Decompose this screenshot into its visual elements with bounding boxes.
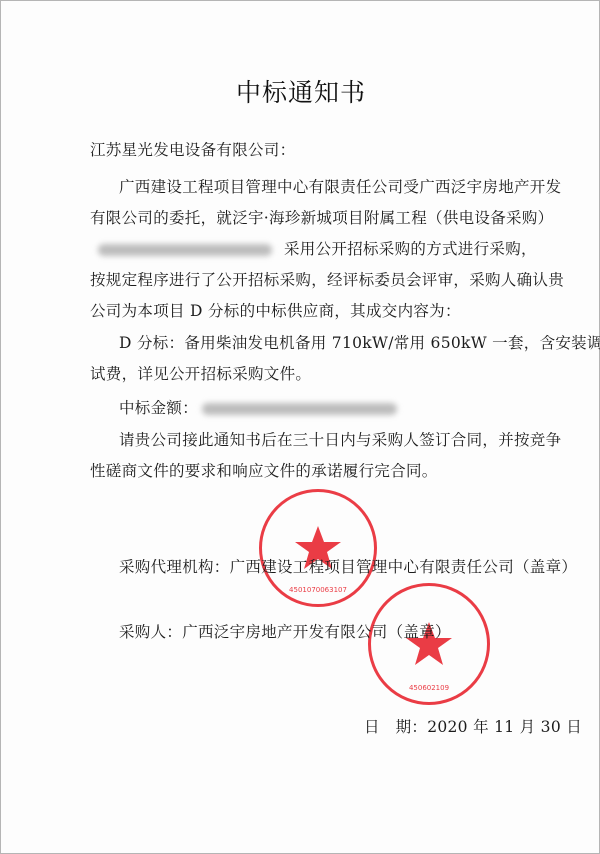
paragraph2-line2: 试费，详见公开招标采购文件。 bbox=[90, 362, 311, 384]
bid-amount-label: 中标金额： bbox=[119, 399, 198, 417]
paragraph1-line3: 采用公开招标采购的方式进行采购， bbox=[90, 237, 537, 259]
redacted-project-number bbox=[98, 244, 272, 256]
paragraph1-line2: 有限公司的委托，就泛宇·海珍新城项目附属工程（供电设备采购） bbox=[90, 206, 553, 228]
star-icon: 450602109 bbox=[371, 586, 487, 702]
redacted-bid-amount bbox=[202, 403, 397, 415]
paragraph1-line5: 公司为本项目 D 分标的中标供应商，其成交内容为： bbox=[90, 299, 461, 321]
bid-amount-row: 中标金额： bbox=[119, 396, 397, 418]
paragraph1-line3-text: 采用公开招标采购的方式进行采购， bbox=[284, 240, 537, 258]
agency-line: 采购代理机构：广西建设工程项目管理中心有限责任公司（盖章） bbox=[119, 555, 577, 577]
purchaser-line: 采购人：广西泛宇房地产开发有限公司（盖章） bbox=[119, 620, 451, 642]
document-page: 中标通知书 江苏星光发电设备有限公司： 广西建设工程项目管理中心有限责任公司受广… bbox=[0, 0, 600, 854]
paragraph2-line1: D 分标：备用柴油发电机备用 710kW/常用 650kW 一套，含安装调 bbox=[119, 331, 600, 353]
svg-text:4501070063107: 4501070063107 bbox=[289, 586, 347, 594]
paragraph1-line1: 广西建设工程项目管理中心有限责任公司受广西泛宇房地产开发 bbox=[119, 175, 561, 197]
paragraph3-line1: 请贵公司接此通知书后在三十日内与采购人签订合同，并按竞争 bbox=[119, 428, 561, 450]
paragraph3-line2: 性磋商文件的要求和响应文件的承诺履行完合同。 bbox=[90, 459, 438, 481]
page-title: 中标通知书 bbox=[1, 73, 600, 109]
svg-text:450602109: 450602109 bbox=[409, 684, 449, 692]
recipient: 江苏星光发电设备有限公司： bbox=[90, 138, 295, 160]
star-icon: 4501070063107 bbox=[262, 492, 374, 604]
agency-seal-stamp: 4501070063107 bbox=[259, 489, 377, 607]
purchaser-seal-stamp: 450602109 bbox=[368, 583, 490, 705]
paragraph1-line4: 按规定程序进行了公开招标采购，经评标委员会评审，采购人确认贵 bbox=[90, 268, 564, 290]
date-line: 日 期：2020 年 11 月 30 日 bbox=[364, 715, 582, 737]
